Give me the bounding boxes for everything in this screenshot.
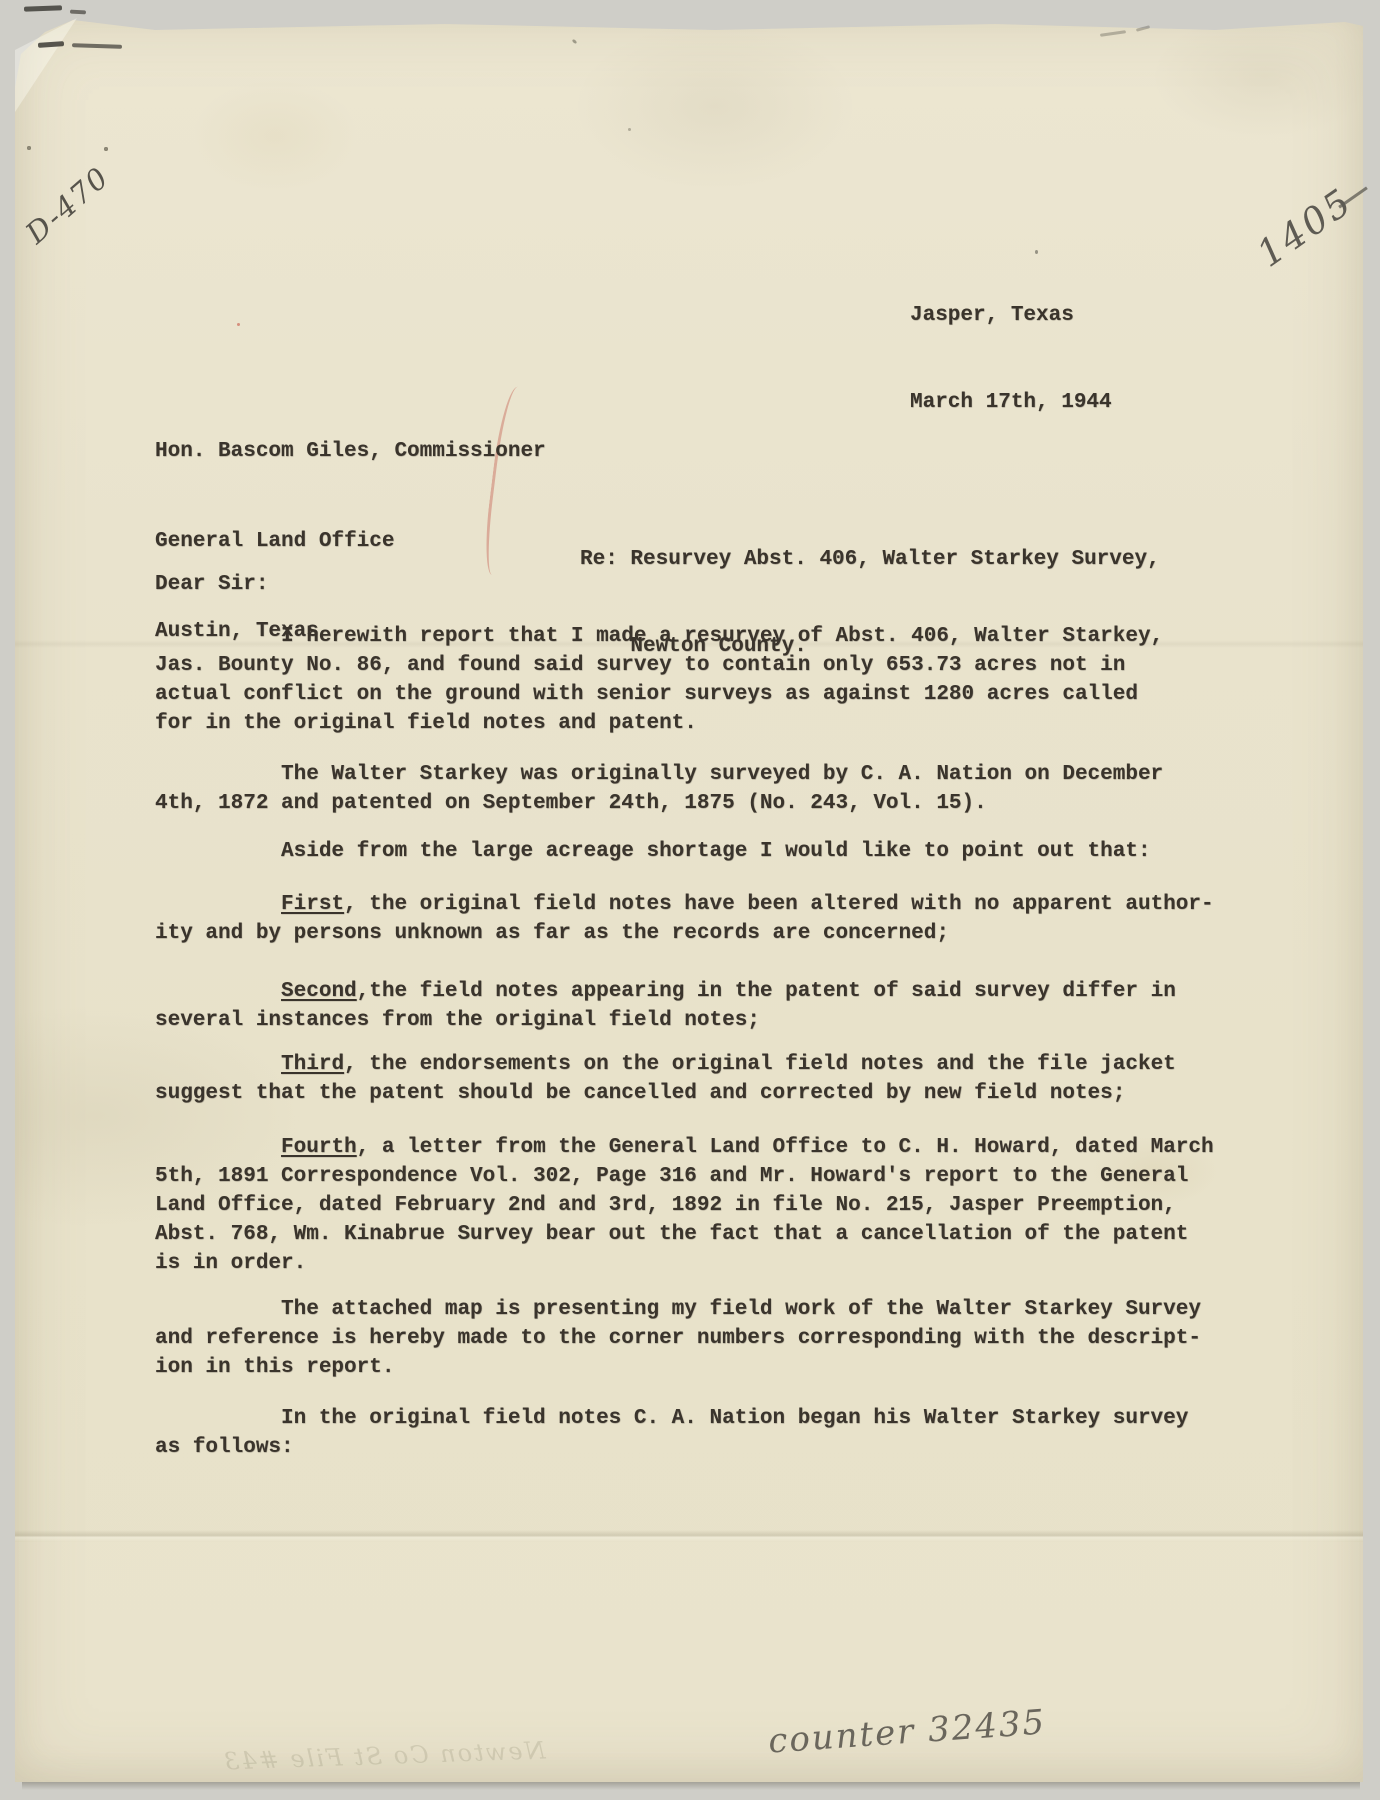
letter-line: Aside from the large acreage shortage I … <box>155 837 1151 866</box>
letter-line: suggest that the patent should be cancel… <box>155 1079 1176 1108</box>
letter-line: I herewith report that I made a resurvey… <box>155 622 1163 651</box>
letter-line: actual conflict on the ground with senio… <box>155 680 1163 709</box>
edge-mark <box>24 5 62 11</box>
scan-background: D-470 1405 Jasper, Texas March 17th, 194… <box>0 0 1380 1800</box>
paragraph: The Walter Starkey was originally survey… <box>155 760 1163 818</box>
letter-line: Land Office, dated February 2nd and 3rd,… <box>155 1191 1214 1220</box>
letter-line: Fourth, a letter from the General Land O… <box>155 1133 1214 1162</box>
letter-line: ion in this report. <box>155 1353 1201 1382</box>
letter-line: ity and by persons unknown as far as the… <box>155 919 1214 948</box>
paragraph: Second,the field notes appearing in the … <box>155 977 1176 1035</box>
paragraph: Third, the endorsements on the original … <box>155 1050 1176 1108</box>
paper-tone-band <box>15 1542 1363 1782</box>
paper-fold-crease <box>15 1530 1363 1542</box>
letter-line: for in the original field notes and pate… <box>155 709 1163 738</box>
letter-line: In the original field notes C. A. Nation… <box>155 1404 1188 1433</box>
letter-line: Jas. Bounty No. 86, and found said surve… <box>155 651 1163 680</box>
paper-bottom-shadow <box>22 1782 1360 1790</box>
letter-line: is in order. <box>155 1249 1214 1278</box>
dateline-city: Jasper, Texas <box>910 301 1112 330</box>
pinhole <box>27 146 31 150</box>
recipient-office: General Land Office <box>155 527 546 557</box>
paragraph: In the original field notes C. A. Nation… <box>155 1404 1188 1462</box>
letter-line: as follows: <box>155 1433 1188 1462</box>
letter-line: Second,the field notes appearing in the … <box>155 977 1176 1006</box>
subject-line-1: Re: Resurvey Abst. 406, Walter Starkey S… <box>580 545 1160 574</box>
paragraph: First, the original field notes have bee… <box>155 890 1214 948</box>
recipient-name: Hon. Bascom Giles, Commissioner <box>155 437 546 467</box>
paper-speck <box>628 128 631 131</box>
pinhole <box>104 147 108 151</box>
letter-line: 5th, 1891 Correspondence Vol. 302, Page … <box>155 1162 1214 1191</box>
dateline-date: March 17th, 1944 <box>910 388 1112 417</box>
dateline: Jasper, Texas March 17th, 1944 <box>910 243 1112 475</box>
letter-line: and reference is hereby made to the corn… <box>155 1324 1201 1353</box>
letter-line: several instances from the original fiel… <box>155 1006 1176 1035</box>
salutation: Dear Sir: <box>155 570 268 599</box>
paragraph: I herewith report that I made a resurvey… <box>155 622 1163 738</box>
letter-line: 4th, 1872 and patented on September 24th… <box>155 789 1163 818</box>
letter-line: The attached map is presenting my field … <box>155 1295 1201 1324</box>
paragraph: Aside from the large acreage shortage I … <box>155 837 1151 866</box>
letter-line: The Walter Starkey was originally survey… <box>155 760 1163 789</box>
edge-mark <box>70 10 86 15</box>
paper-speck <box>237 323 240 326</box>
letter-line: Third, the endorsements on the original … <box>155 1050 1176 1079</box>
letter-line: Abst. 768, Wm. Kinabrue Survey bear out … <box>155 1220 1214 1249</box>
paragraph: Fourth, a letter from the General Land O… <box>155 1133 1214 1278</box>
letter-line: First, the original field notes have bee… <box>155 890 1214 919</box>
paragraph: The attached map is presenting my field … <box>155 1295 1201 1382</box>
